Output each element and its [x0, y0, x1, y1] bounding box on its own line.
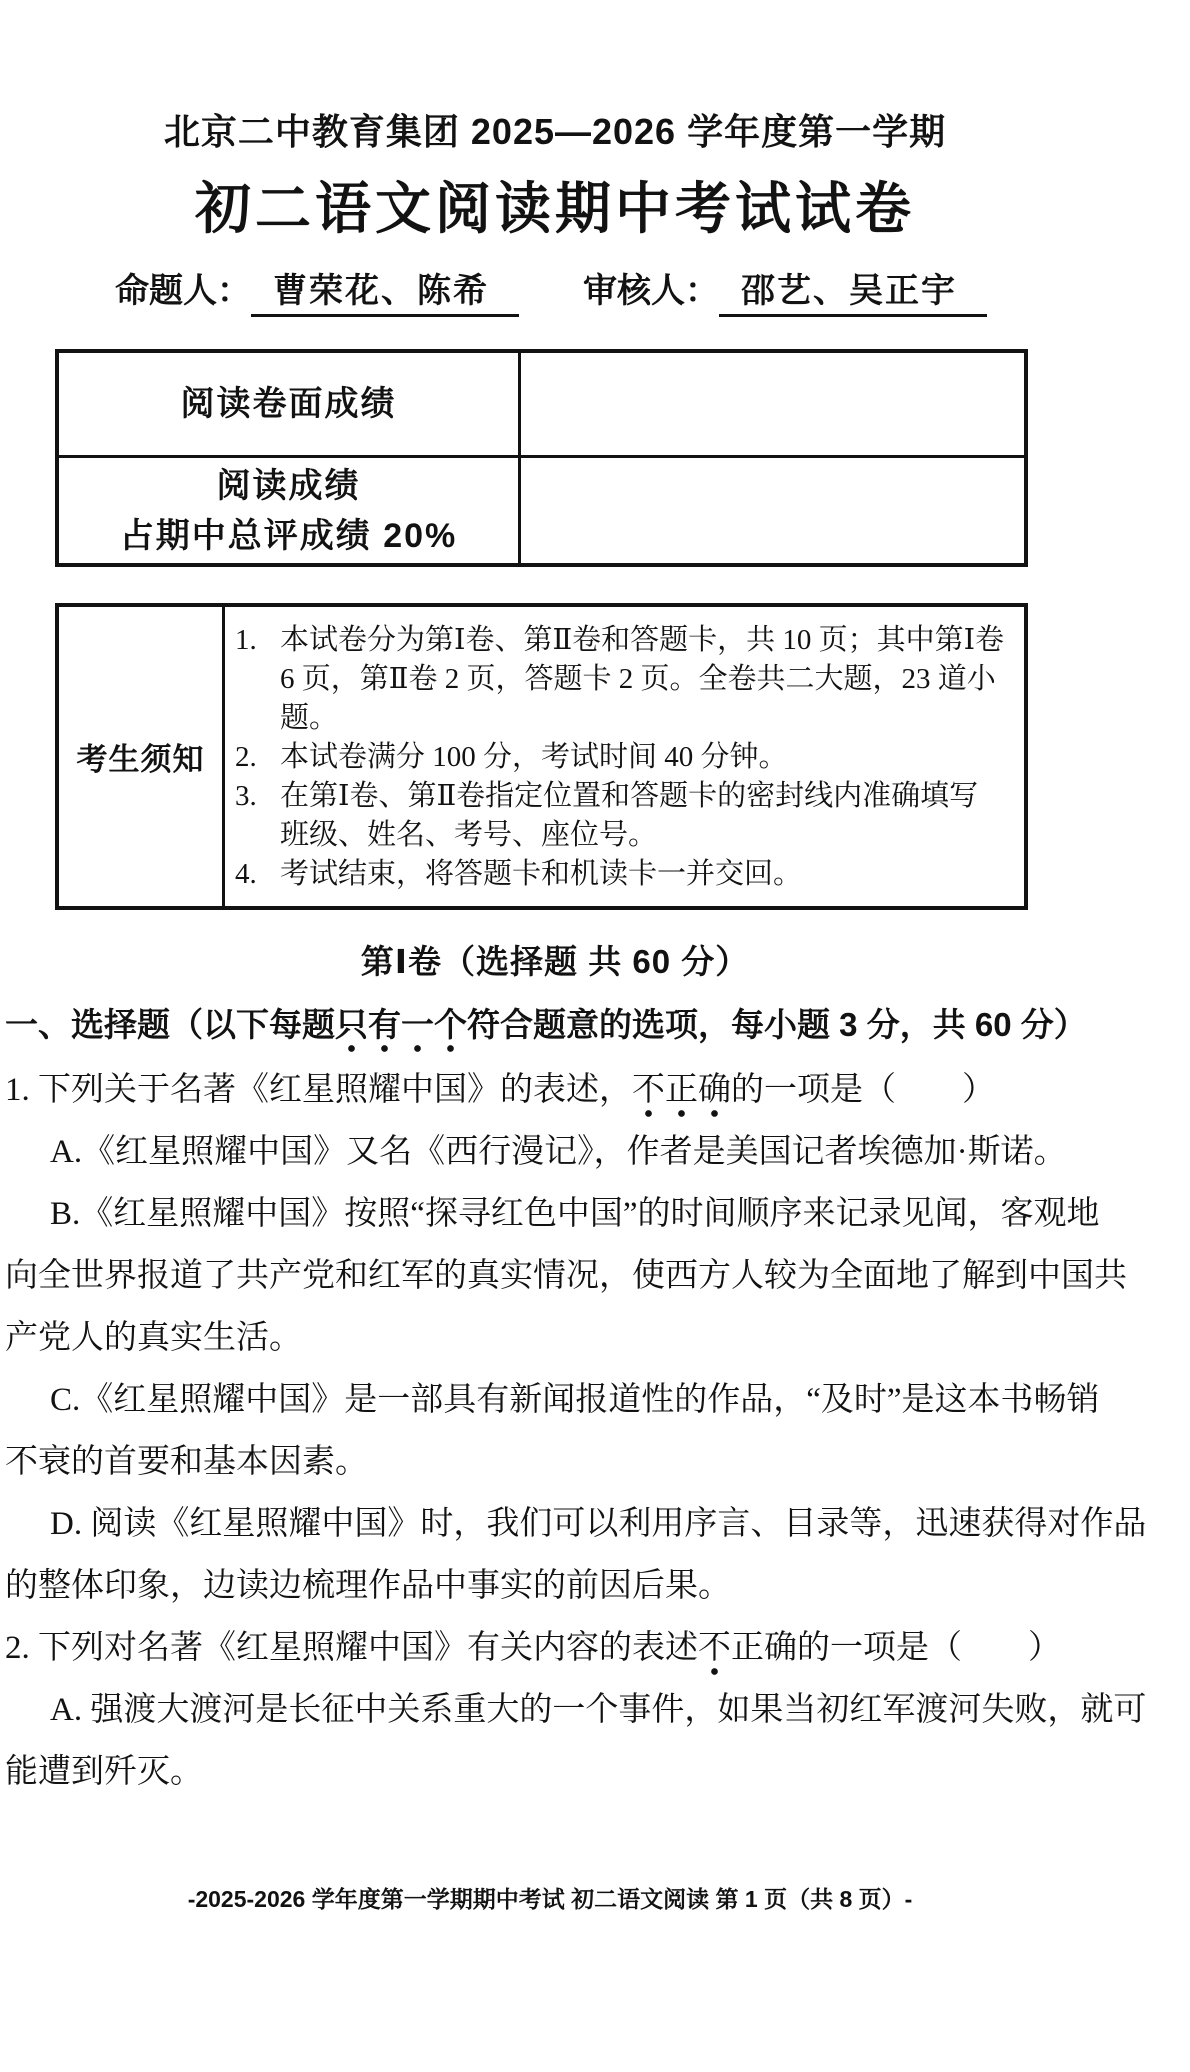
school-session-line: 北京二中教育集团 2025—2026 学年度第一学期 — [0, 0, 1110, 155]
page-footer: -2025-2026 学年度第一学期期中考试 初二语文阅读 第 1 页（共 8 … — [0, 1881, 1100, 1914]
score-row1-label: 阅读卷面成绩 — [59, 353, 521, 455]
setter-reviewer-line: 命题人：曹荣花、陈希审核人：邵艺、吴正宇 — [115, 263, 1190, 317]
text-segment: 的一项是（ ） — [731, 1072, 995, 1108]
questions-area: 1. 下列关于名著《红星照耀中国》的表述，不正确的一项是（ ） A.《红星照耀中… — [5, 1059, 1155, 1803]
notice-list: 1. 本试卷分为第Ⅰ卷、第Ⅱ卷和答题卡，共 10 页；其中第Ⅰ卷 6 页，第Ⅱ卷… — [225, 607, 1024, 906]
exam-title: 初二语文阅读期中考试试卷 — [0, 165, 1110, 245]
emphasized-text: 不 — [698, 1630, 731, 1676]
score-row2-value-cell — [521, 458, 1024, 563]
reviewer-names: 邵艺、吴正宇 — [719, 263, 987, 317]
notice-item-4-number: 4. — [235, 855, 280, 894]
notice-item-2-text: 本试卷满分 100 分，考试时间 40 分钟。 — [280, 738, 1018, 777]
notice-item-3: 3. 在第Ⅰ卷、第Ⅱ卷指定位置和答题卡的密封线内准确填写 班级、姓名、考号、座位… — [235, 777, 1018, 855]
exam-page: 北京二中教育集团 2025—2026 学年度第一学期 初二语文阅读期中考试试卷 … — [0, 0, 1190, 2072]
score-row1-label-text: 阅读卷面成绩 — [181, 379, 397, 429]
score-row1-value-cell — [521, 353, 1024, 455]
notice-item-1: 1. 本试卷分为第Ⅰ卷、第Ⅱ卷和答题卡，共 10 页；其中第Ⅰ卷 6 页，第Ⅱ卷… — [235, 621, 1018, 738]
notice-item-3-text: 在第Ⅰ卷、第Ⅱ卷指定位置和答题卡的密封线内准确填写 班级、姓名、考号、座位号。 — [280, 777, 1018, 855]
notice-item-1-text: 本试卷分为第Ⅰ卷、第Ⅱ卷和答题卡，共 10 页；其中第Ⅰ卷 6 页，第Ⅱ卷 2 … — [280, 621, 1018, 738]
emphasized-text: 只有一个 — [335, 1006, 467, 1053]
score-row2-label-line2: 占期中总评成绩 20% — [120, 511, 458, 561]
score-row2-label-line1: 阅读成绩 — [217, 461, 361, 511]
section-heading: 第Ⅰ卷（选择题 共 60 分） — [0, 936, 1110, 983]
score-table-row-1: 阅读卷面成绩 — [59, 353, 1024, 455]
text-segment: 正确的一项是（ ） — [731, 1630, 1061, 1666]
notice-table: 考生须知 1. 本试卷分为第Ⅰ卷、第Ⅱ卷和答题卡，共 10 页；其中第Ⅰ卷 6 … — [55, 603, 1028, 910]
question-1-option-b: B.《红星照耀中国》按照“探寻红色中国”的时间顺序来记录见闻，客观地 向全世界报… — [5, 1183, 1155, 1369]
text-segment: 1. 下列关于名著《红星照耀中国》的表述， — [5, 1072, 632, 1108]
text-segment: 一、选择题（以下每题 — [5, 1006, 335, 1043]
question-1-stem: 1. 下列关于名著《红星照耀中国》的表述，不正确的一项是（ ） — [5, 1059, 1155, 1121]
text-segment: 符合题意的选项，每小题 3 分，共 60 分） — [467, 1006, 1087, 1043]
question-1-option-c: C.《红星照耀中国》是一部具有新闻报道性的作品，“及时”是这本书畅销 不衰的首要… — [5, 1369, 1155, 1493]
notice-item-2: 2. 本试卷满分 100 分，考试时间 40 分钟。 — [235, 738, 1018, 777]
notice-item-4: 4. 考试结束，将答题卡和机读卡一并交回。 — [235, 855, 1018, 894]
score-table-row-2: 阅读成绩 占期中总评成绩 20% — [59, 455, 1024, 563]
notice-item-1-number: 1. — [235, 621, 280, 738]
notice-item-4-text: 考试结束，将答题卡和机读卡一并交回。 — [280, 855, 1018, 894]
proposer-label: 命题人： — [115, 272, 251, 310]
score-table: 阅读卷面成绩 阅读成绩 占期中总评成绩 20% — [55, 349, 1028, 567]
section-instruction: 一、选择题（以下每题只有一个符合题意的选项，每小题 3 分，共 60 分） — [5, 1001, 1190, 1049]
emphasized-text: 不正确 — [632, 1072, 731, 1118]
text-segment: 2. 下列对名著《红星照耀中国》有关内容的表述 — [5, 1630, 698, 1666]
reviewer-label: 审核人： — [583, 272, 719, 310]
question-1-option-d: D. 阅读《红星照耀中国》时，我们可以利用序言、目录等，迅速获得对作品 的整体印… — [5, 1493, 1155, 1617]
question-2-option-a: A. 强渡大渡河是长征中关系重大的一个事件，如果当初红军渡河失败，就可 能遭到歼… — [5, 1679, 1155, 1803]
notice-item-3-number: 3. — [235, 777, 280, 855]
score-row2-label: 阅读成绩 占期中总评成绩 20% — [59, 458, 521, 563]
question-2-stem: 2. 下列对名著《红星照耀中国》有关内容的表述不正确的一项是（ ） — [5, 1617, 1155, 1679]
proposer-names: 曹荣花、陈希 — [251, 263, 519, 317]
question-1-option-a: A.《红星照耀中国》又名《西行漫记》，作者是美国记者埃德加·斯诺。 — [5, 1121, 1155, 1183]
notice-header: 考生须知 — [59, 607, 225, 906]
notice-item-2-number: 2. — [235, 738, 280, 777]
